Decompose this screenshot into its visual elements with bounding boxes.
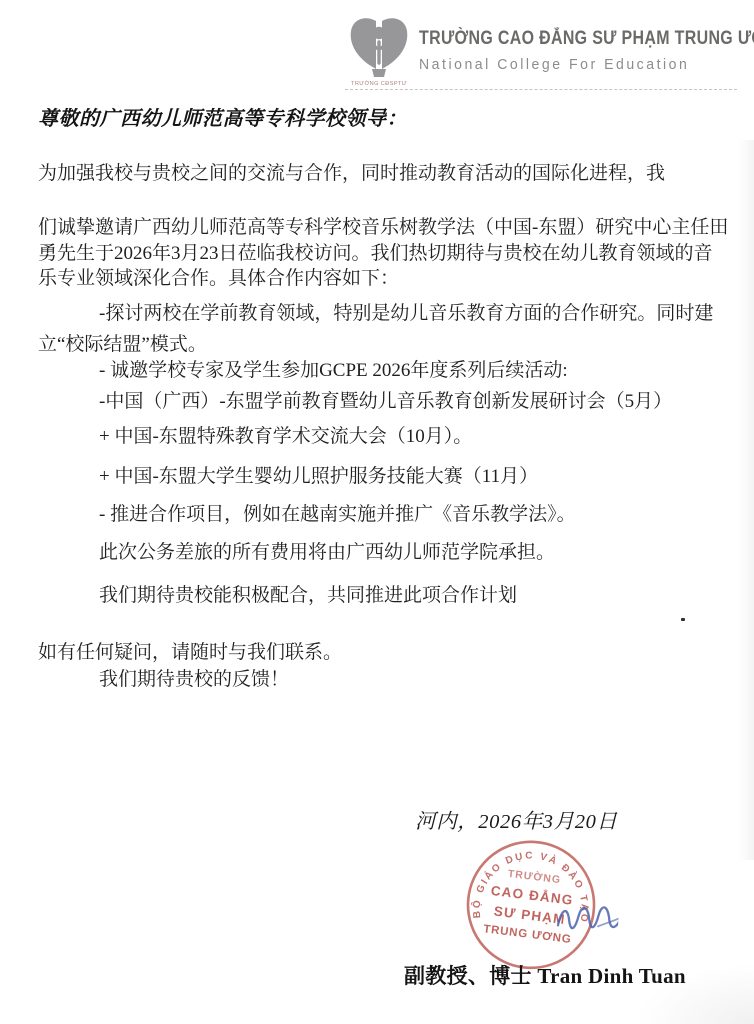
org-names: TRƯỜNG CAO ĐẲNG SƯ PHẠM TRUNG ƯƠNG Natio… <box>419 16 754 73</box>
salutation: 尊敬的广西幼儿师范高等专科学校领导： <box>38 107 730 133</box>
list-item: + 中国-东盟大学生婴幼儿照护服务技能大赛（11月） <box>38 464 730 490</box>
scan-edge-smudge <box>738 140 754 860</box>
emblem-caption: TRƯỜNG CĐSPTƯ <box>351 80 407 87</box>
org-name-english: National College For Education <box>419 57 754 73</box>
letter-page: TRƯỜNG CĐSPTƯ TRƯỜNG CAO ĐẲNG SƯ PHẠM TR… <box>0 0 754 1024</box>
stamp-line-truong: TRƯỜNG <box>507 867 562 886</box>
scan-corner-smudge <box>634 964 754 1024</box>
org-name-vietnamese: TRƯỜNG CAO ĐẲNG SƯ PHẠM TRUNG ƯƠNG <box>419 28 754 50</box>
paragraph-feedback: 我们期待贵校的反馈！ <box>38 667 730 693</box>
paragraph-cooperation: 我们期待贵校能积极配合，共同推进此项合作计划 <box>38 583 730 609</box>
stamp-line-trung-uong: TRUNG ƯƠNG <box>483 923 572 946</box>
paragraph-intro: 为加强我校与贵校之间的交流与合作，同时推动教育活动的国际化进程，我 <box>38 161 730 187</box>
letterhead-divider <box>345 89 737 90</box>
list-item: -探讨两校在学前教育领域，特别是幼儿音乐教育方面的合作研究。同时建立“校际结盟”… <box>38 299 730 360</box>
list-item: - 诚邀学校专家及学生参加GCPE 2026年度系列后续活动: <box>38 358 730 384</box>
paragraph-invitation: 们诚挚邀请广西幼儿师范高等专科学校音乐树教学法（中国-东盟）研究中心主任田勇先生… <box>38 215 730 292</box>
letterhead: TRƯỜNG CĐSPTƯ TRƯỜNG CAO ĐẲNG SƯ PHẠM TR… <box>347 16 754 90</box>
stamp-center-text: TRƯỜNG CAO ĐẲNG SƯ PHẠM TRUNG ƯƠNG <box>483 865 580 946</box>
college-emblem-icon: TRƯỜNG CĐSPTƯ <box>347 16 411 90</box>
list-item: + 中国-东盟特殊教育学术交流大会（10月）。 <box>38 424 730 450</box>
stamp-line-su-pham: SƯ PHẠM <box>493 903 566 927</box>
paragraph-contact: 如有任何疑问，请随时与我们联系。 <box>38 640 730 666</box>
list-item: -中国（广西）-东盟学前教育暨幼儿音乐教育创新发展研讨会（5月） <box>38 389 730 415</box>
paragraph-expenses: 此次公务差旅的所有费用将由广西幼儿师范学院承担。 <box>38 540 730 566</box>
scan-dot-artifact <box>681 618 685 621</box>
list-item: - 推进合作项目，例如在越南实施并推广《音乐教学法》。 <box>38 502 730 528</box>
emblem-base <box>372 69 386 77</box>
emblem-figure-head <box>373 27 385 39</box>
